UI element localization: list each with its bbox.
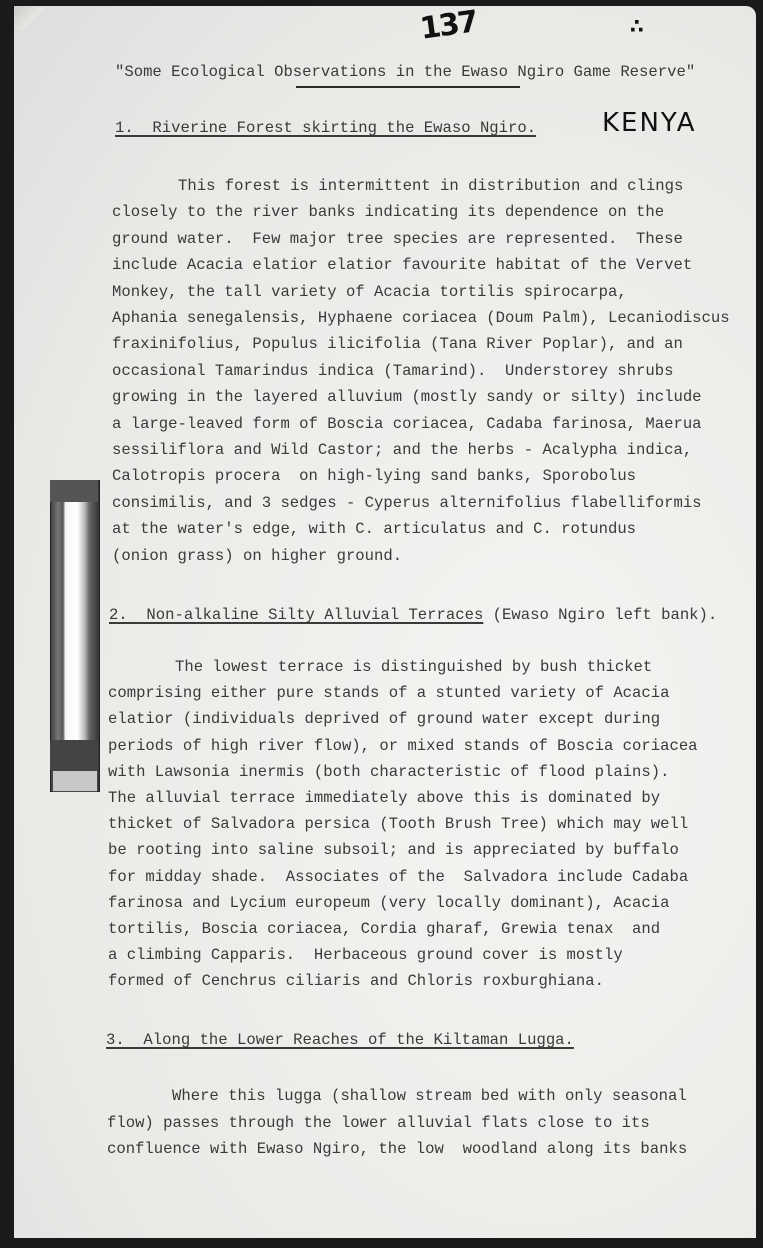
section-2-heading-suffix: (Ewaso Ngiro left bank). xyxy=(483,606,717,624)
document-title: "Some Ecological Observations in the Ewa… xyxy=(115,62,695,82)
body-line: for midday shade. Associates of the Salv… xyxy=(108,867,688,887)
body-line: occasional Tamarindus indica (Tamarind).… xyxy=(112,361,673,381)
body-line: formed of Cenchrus ciliaris and Chloris … xyxy=(108,971,604,991)
handwritten-region-label: KENYA xyxy=(602,108,697,138)
body-line: growing in the layered alluvium (mostly … xyxy=(112,387,702,407)
section-2-heading-title: 2. Non-alkaline Silty Alluvial Terraces xyxy=(109,606,483,624)
handwritten-mark: ∴ xyxy=(630,14,644,38)
body-line: The alluvial terrace immediately above t… xyxy=(108,788,660,808)
section-3-heading: 3. Along the Lower Reaches of the Kiltam… xyxy=(106,1030,574,1050)
body-line: sessiliflora and Wild Castor; and the he… xyxy=(112,440,692,460)
body-line: a large-leaved form of Boscia coriacea, … xyxy=(112,414,702,434)
title-underline xyxy=(296,86,520,88)
body-line: thicket of Salvadora persica (Tooth Brus… xyxy=(108,814,688,834)
body-line: farinosa and Lycium europeum (very local… xyxy=(108,893,669,913)
body-line: elatior (individuals deprived of ground … xyxy=(108,709,660,729)
body-line: (onion grass) on higher ground. xyxy=(112,546,402,566)
body-line: ground water. Few major tree species are… xyxy=(112,229,683,249)
body-line: at the water's edge, with C. articulatus… xyxy=(112,519,636,539)
binding-clip-bottom xyxy=(50,740,98,770)
body-line: Aphania senegalensis, Hyphaene coriacea … xyxy=(112,308,730,328)
body-line: Monkey, the tall variety of Acacia torti… xyxy=(112,282,627,302)
body-line: Calotropis procera on high-lying sand ba… xyxy=(112,466,636,486)
binding-clip-top xyxy=(50,480,98,502)
section-2-heading: 2. Non-alkaline Silty Alluvial Terraces … xyxy=(109,605,717,625)
body-line: Where this lugga (shallow stream bed wit… xyxy=(172,1086,687,1106)
body-line: closely to the river banks indicating it… xyxy=(112,202,664,222)
body-line: This forest is intermittent in distribut… xyxy=(178,176,683,196)
section-1-heading: 1. Riverine Forest skirting the Ewaso Ng… xyxy=(115,118,536,138)
body-line: fraxinifolius, Populus ilicifolia (Tana … xyxy=(112,334,683,354)
body-line: flow) passes through the lower alluvial … xyxy=(107,1113,650,1133)
body-line: include Acacia elatior elatior favourite… xyxy=(112,255,692,275)
body-line: confluence with Ewaso Ngiro, the low woo… xyxy=(107,1139,687,1159)
page-corner-fold xyxy=(14,6,44,30)
body-line: periods of high river flow), or mixed st… xyxy=(108,736,698,756)
body-line: tortilis, Boscia coriacea, Cordia gharaf… xyxy=(108,919,660,939)
body-line: consimilis, and 3 sedges - Cyperus alter… xyxy=(112,493,702,513)
body-line: comprising either pure stands of a stunt… xyxy=(108,683,669,703)
body-line: a climbing Capparis. Herbaceous ground c… xyxy=(108,945,623,965)
body-line: with Lawsonia inermis (both characterist… xyxy=(108,762,669,782)
body-line: The lowest terrace is distinguished by b… xyxy=(175,657,652,677)
binding-clip-base xyxy=(52,770,98,792)
body-line: be rooting into saline subsoil; and is a… xyxy=(108,840,679,860)
